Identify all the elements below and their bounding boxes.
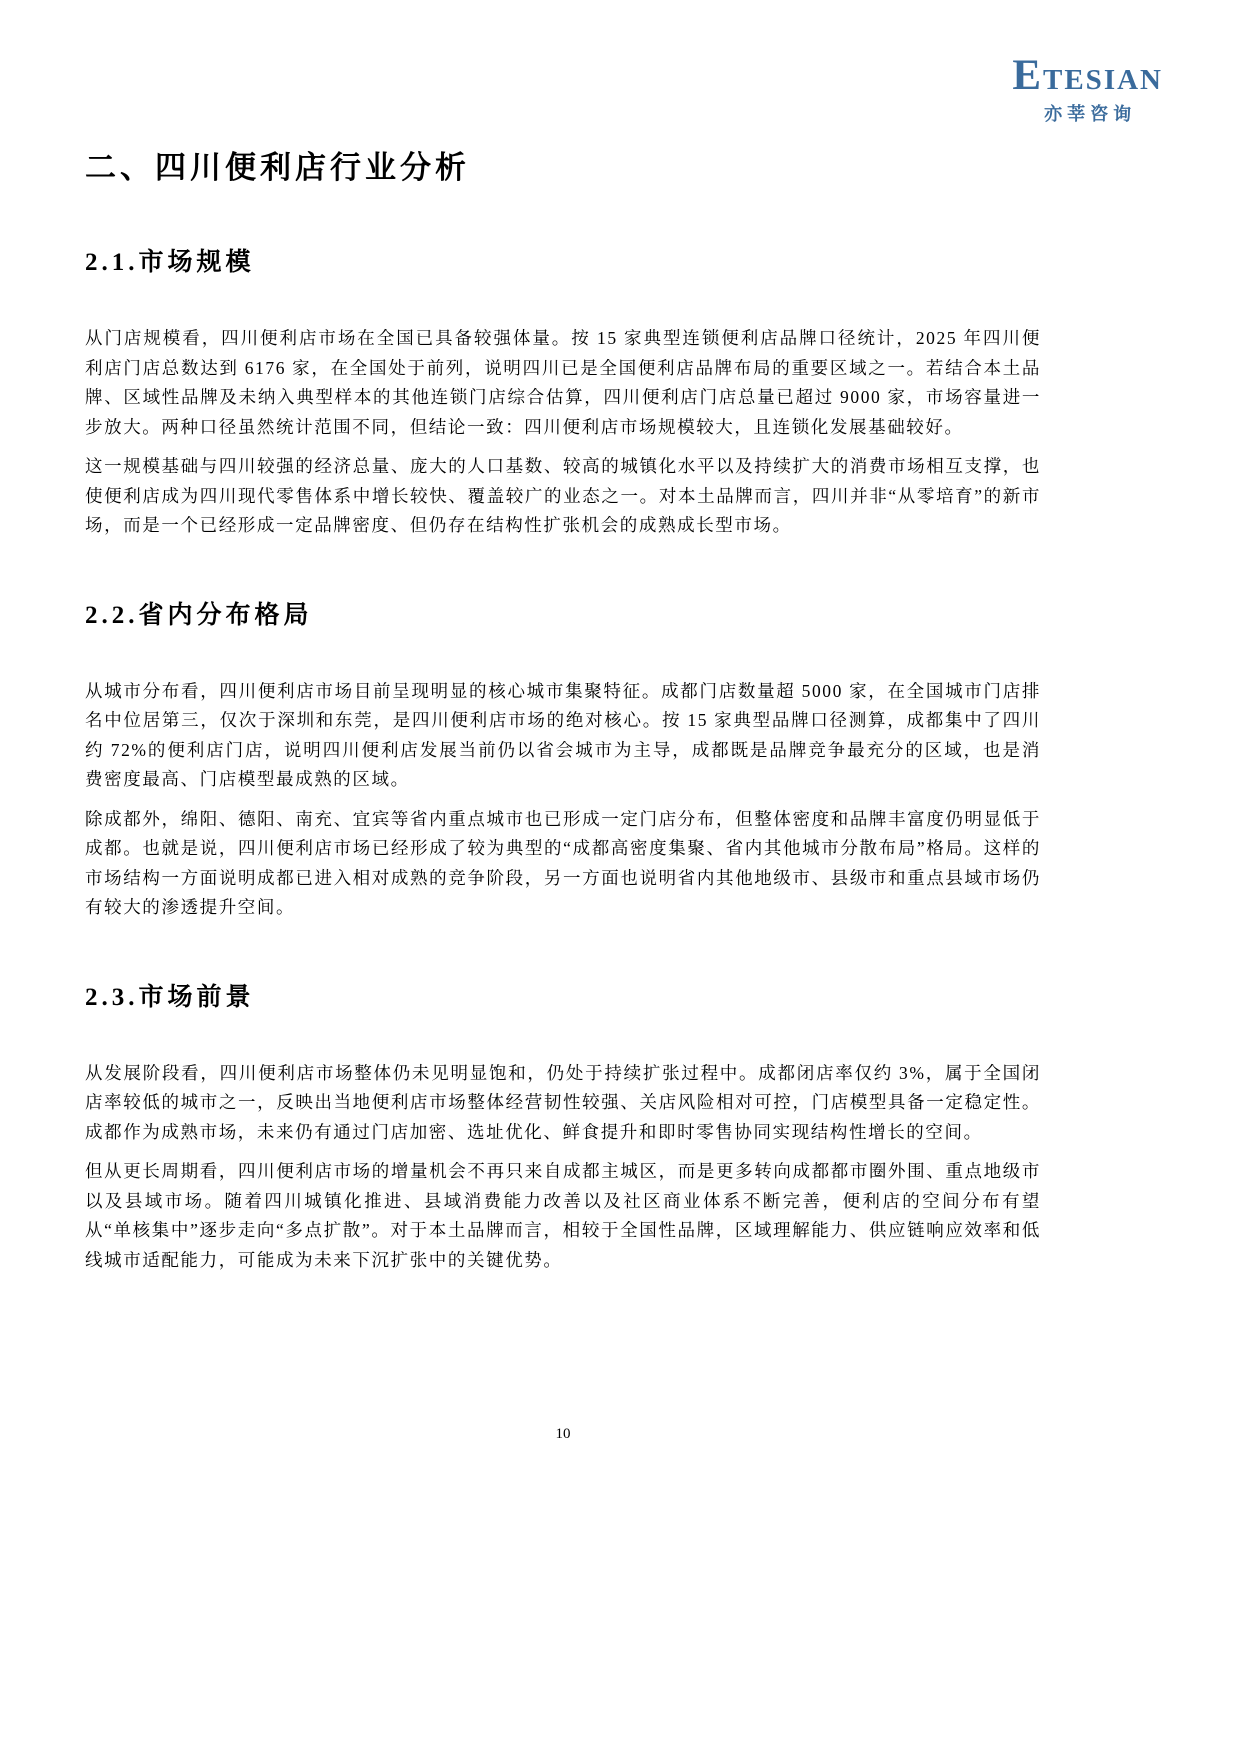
section-market-outlook: 2.3.市场前景 从发展阶段看，四川便利店市场整体仍未见明显饱和，仍处于持续扩张… [85,923,1041,1276]
section-provincial-distribution: 2.2.省内分布格局 从城市分布看，四川便利店市场目前呈现明显的核心城市集聚特征… [85,541,1041,923]
paragraph: 这一规模基础与四川较强的经济总量、庞大的人口基数、较高的城镇化水平以及持续扩大的… [85,452,1041,541]
document-content: 二、四川便利店行业分析 2.1.市场规模 从门店规模看，四川便利店市场在全国已具… [85,0,1041,1275]
section-heading-provincial-distribution: 2.2.省内分布格局 [85,541,1041,677]
section-market-size: 2.1.市场规模 从门店规模看，四川便利店市场在全国已具备较强体量。按 15 家… [85,188,1041,541]
page-footer: 10 [85,1426,1041,1443]
section-heading-market-size: 2.1.市场规模 [85,188,1041,324]
paragraph: 从发展阶段看，四川便利店市场整体仍未见明显饱和，仍处于持续扩张过程中。成都闭店率… [85,1059,1041,1148]
paragraph: 除成都外，绵阳、德阳、南充、宜宾等省内重点城市也已形成一定门店分布，但整体密度和… [85,805,1041,923]
paragraph: 从城市分布看，四川便利店市场目前呈现明显的核心城市集聚特征。成都门店数量超 50… [85,677,1041,795]
section-heading-market-outlook: 2.3.市场前景 [85,923,1041,1059]
paragraph: 从门店规模看，四川便利店市场在全国已具备较强体量。按 15 家典型连锁便利店品牌… [85,324,1041,442]
paragraph: 但从更长周期看，四川便利店市场的增量机会不再只来自成都主城区，而是更多转向成都都… [85,1157,1041,1275]
document-page: ETESIAN 亦莘咨询 二、四川便利店行业分析 2.1.市场规模 从门店规模看… [0,0,1241,1754]
page-number: 10 [556,1426,571,1442]
chapter-title: 二、四川便利店行业分析 [85,0,1041,188]
